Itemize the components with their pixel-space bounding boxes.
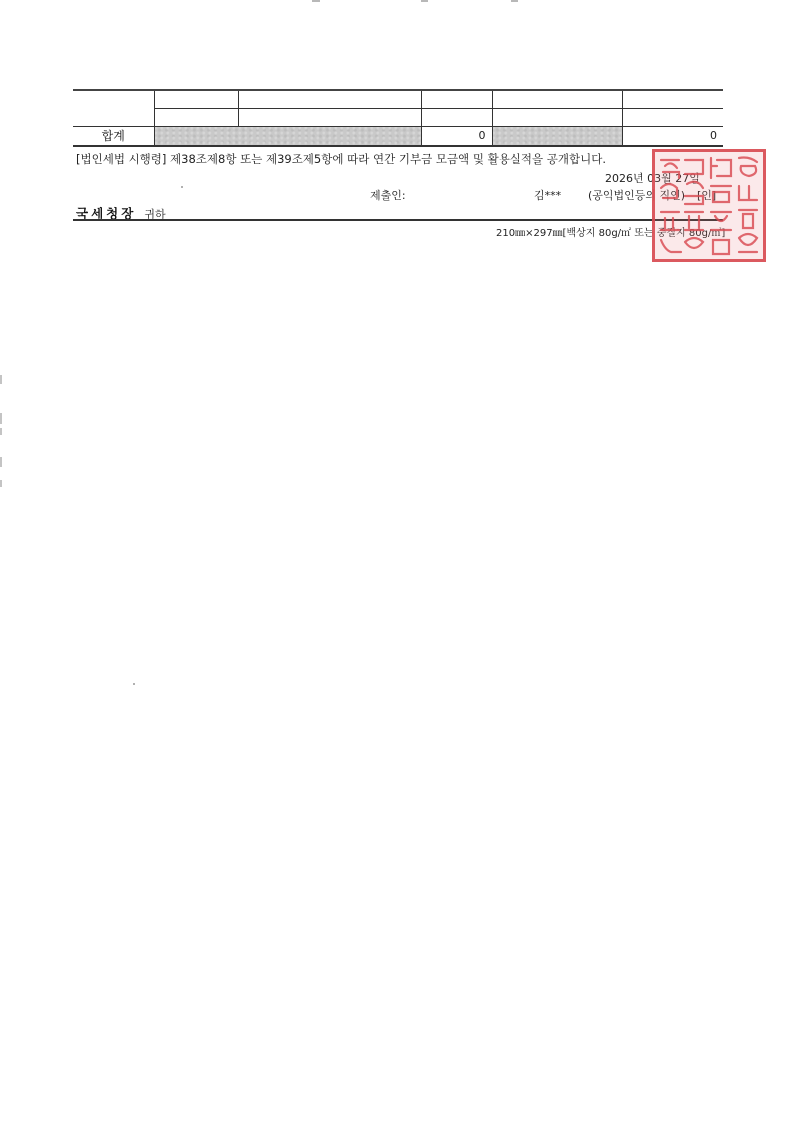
official-seal-stamp	[652, 149, 766, 262]
table-cell	[622, 108, 723, 126]
scan-artifact	[312, 0, 320, 2]
submitter-label: 제출인:	[370, 187, 406, 203]
total-label: 합계	[73, 126, 154, 146]
margin-artifact	[0, 457, 2, 467]
margin-artifact	[0, 413, 2, 424]
table-cell	[238, 108, 421, 126]
table-row	[73, 108, 723, 126]
margin-artifact	[0, 375, 2, 384]
table-cell	[421, 108, 492, 126]
table-cell	[154, 108, 238, 126]
total-row: 합계 0 0	[73, 126, 723, 146]
divider	[73, 219, 723, 221]
margin-artifact	[0, 480, 2, 487]
speck	[133, 683, 135, 685]
legal-notice: [법인세법 시행령] 제38조제8항 또는 제39조제5항에 따라 연간 기부금…	[76, 151, 606, 167]
shaded-cell	[492, 126, 622, 146]
table-cell	[421, 90, 492, 108]
seal-glyph-icon	[655, 152, 763, 259]
margin-artifact	[0, 428, 2, 435]
table-cell	[492, 90, 622, 108]
scan-artifact	[421, 0, 428, 2]
table-cell	[492, 108, 622, 126]
submitter-name: 김***	[534, 187, 561, 203]
donation-table: 합계 0 0	[73, 89, 723, 147]
total-value-2: 0	[622, 126, 723, 146]
table-cell	[154, 90, 238, 108]
shaded-cell	[154, 126, 421, 146]
document-page: 합계 0 0 [법인세법 시행령] 제38조제8항 또는 제39조제5항에 따라…	[0, 0, 794, 1121]
speck	[181, 186, 183, 188]
row-label	[73, 90, 154, 126]
scan-artifact	[511, 0, 518, 2]
table-cell	[238, 90, 421, 108]
table-cell	[622, 90, 723, 108]
total-value-1: 0	[421, 126, 492, 146]
table-row	[73, 90, 723, 108]
